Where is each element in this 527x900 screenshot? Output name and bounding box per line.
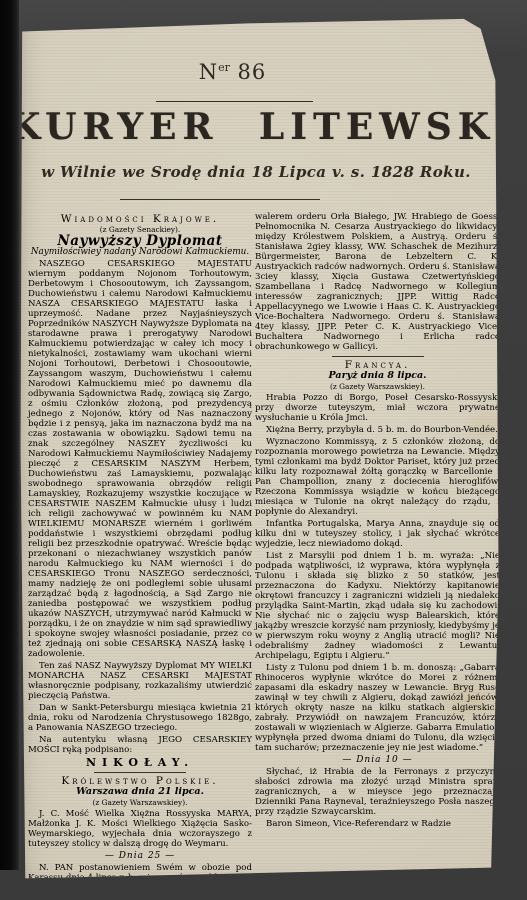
section-heading-krajowe: Wiadomości Krajowe. <box>28 214 252 224</box>
right-column: walerem orderu Orła Białego, JW. Hrabieg… <box>255 212 500 818</box>
dateline-paryz: Paryż dnia 8 lipca. <box>255 371 500 381</box>
paragraph-warszawa: J. C. Mość Wielka Xiężna Rossyyska MARYA… <box>28 809 252 849</box>
source-note-warszawska: (z Gazety Warszawskiey). <box>28 798 252 808</box>
paragraph-autentyk: Na autentyku własną JEGO CESARSKIEY MOŚC… <box>28 735 252 755</box>
day-divider-25: — Dnia 25 — <box>28 851 252 861</box>
section-heading-francya: Francya. <box>255 360 500 370</box>
paragraph-ferronays: Słychać, iż Hrabia de la Ferronays z prz… <box>255 767 500 817</box>
paragraph-marsylia: List z Marsylii pod dniem 1 b. m. wyraża… <box>255 551 500 661</box>
paragraph-berry: Xiężna Berry, przybyła d. 5 b. m. do Bou… <box>255 425 500 435</box>
signature-nikolay: NIKOŁAY. <box>28 758 252 768</box>
section-rule <box>94 772 186 773</box>
source-note-warszawska-2: (z Gazety Warszawskiey). <box>255 382 500 392</box>
paragraph-decree: NASZEGO CESARSKIEGO MAJESTATU wiernym po… <box>28 259 252 659</box>
issue-number: 86 <box>238 60 267 84</box>
paragraph-decree-closing: Ten zaś NASZ Naywyższy Dyplomat MY WIELK… <box>28 661 252 701</box>
newspaper-page: Ner 86 KURYER LITEWSKI w Wilnie we Srodę… <box>0 0 527 900</box>
issue-ordinal-sup: er <box>218 61 230 74</box>
paragraph-infantka: Infantka Portugalska, Marya Anna, znaydu… <box>255 519 500 549</box>
issue-dateline: w Wilnie we Srodę dnia 18 Lipca v. s. 18… <box>0 163 512 181</box>
header-rule-bottom <box>120 199 320 200</box>
day-divider-10: — Dnia 10 — <box>255 755 500 765</box>
scan-background: Ner 86 KURYER LITEWSKI w Wilnie we Srodę… <box>0 0 527 900</box>
paragraph-orders-continuation: walerem orderu Orła Białego, JW. Hrabieg… <box>255 212 500 352</box>
binding-strip <box>0 0 19 870</box>
section-heading-krolewstwo: Królewstwo Polskie. <box>28 776 252 786</box>
dateline-warszawa: Warszawa dnia 21 lipca. <box>28 787 252 797</box>
section-rule <box>332 356 424 357</box>
issue-prefix: N <box>199 60 218 84</box>
paragraph-pozzo: Hrabia Pozzo di Borgo, Poseł Cesarsko-Ro… <box>255 393 500 423</box>
paragraph-karassu: N. PAN postanowieniem Swém w obozie pod … <box>28 863 252 883</box>
masthead-title: KURYER LITEWSKI <box>0 106 527 148</box>
paragraph-dan: Dan w Sankt-Petersburgu miesiąca kwietni… <box>28 703 252 733</box>
issue-number-line: Ner 86 <box>0 60 465 84</box>
paragraph-tulon: Listy z Tulonu pod dniem 1 b. m. donoszą… <box>255 663 500 753</box>
article-title-dyplomat: Naywyższy Dyplomat <box>28 236 252 246</box>
paragraph-simeon: Baron Simeon, Vice-Referendarz w Radzie <box>255 819 500 829</box>
left-column: Wiadomości Krajowe. (z Gazety Senackiey)… <box>28 212 252 812</box>
header-rule-top <box>156 101 313 102</box>
article-subtitle-dyplomat: Naymiłościwiey nadany Narodowi Kałmuckie… <box>28 247 252 257</box>
paragraph-kommissya: Wyznaczono Kommissyą, z 5 członków złożo… <box>255 437 500 517</box>
